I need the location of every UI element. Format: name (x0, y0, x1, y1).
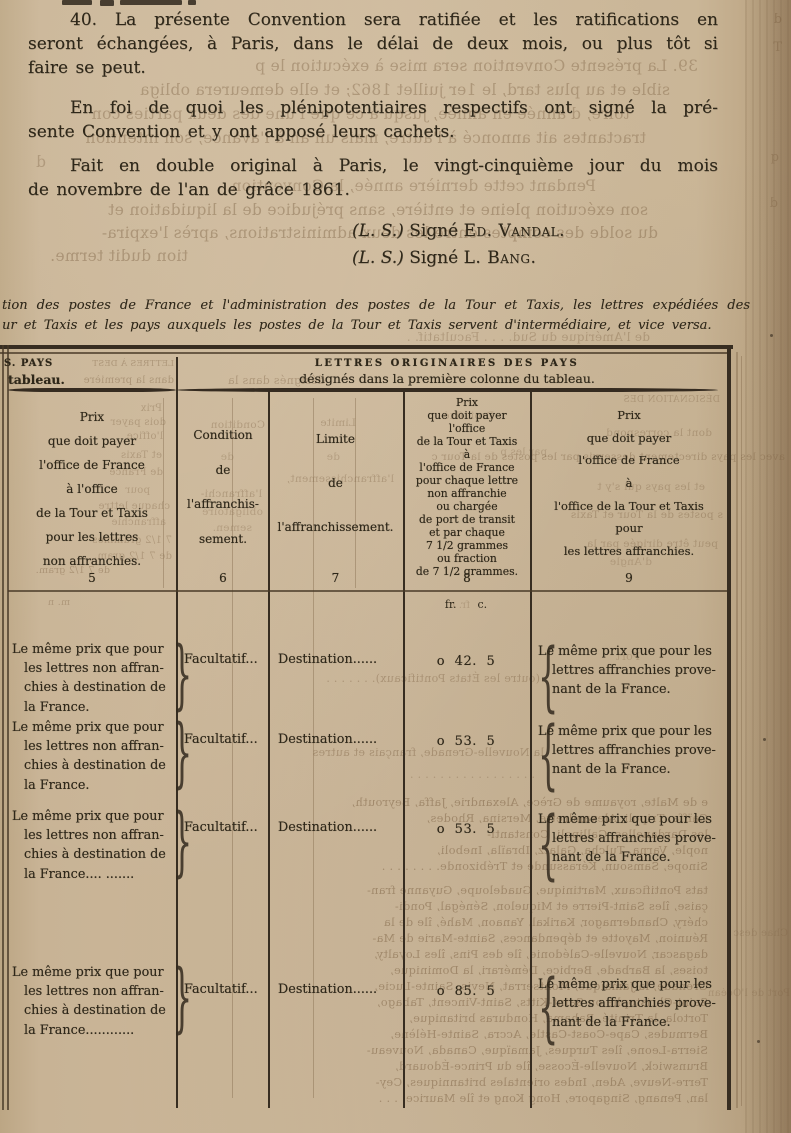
corner-cell-line-2: tableau. (8, 372, 178, 387)
cell-limit: Destination...... (278, 652, 377, 667)
seal-label: (L. S.) (352, 221, 404, 241)
bleedthrough-text: Limite (296, 417, 356, 429)
column-number-7: 7 (270, 571, 401, 585)
cell-line: lettres affranchies prove- (538, 829, 720, 848)
swelled-rule (8, 388, 176, 392)
cell-price-left: Le même prix que pour les lettres non af… (12, 718, 170, 795)
cell-limit: Destination...... (278, 982, 377, 997)
text-line: En foi de quoi les plénipotentiaires res… (28, 96, 718, 120)
header-line: que doit payer (534, 431, 724, 445)
span-header-subtitle: désignés dans la première colonne du tab… (176, 371, 718, 386)
signature-name: Ed. Vandal. (464, 221, 565, 241)
cell-line: Le même prix que pour les (538, 722, 720, 741)
currency-unit-label: fr. c. (406, 598, 526, 611)
bleedthrough-text: son exécution pleine et entière, sans pr… (28, 201, 648, 219)
ink-dot (770, 334, 773, 337)
header-line: ou chargée (406, 500, 528, 513)
cell-line: Le même prix que pour (12, 963, 170, 982)
cell-condition: Facultatif... (184, 982, 258, 997)
cell-price-right: Le même prix que pour les lettres affran… (538, 642, 720, 700)
bleedthrough-text: tion dudit terme. (28, 247, 188, 265)
column-header-8: Prix que doit payer l'office de la Tour … (406, 396, 528, 566)
header-line: l'affranchis- (180, 497, 266, 511)
signature-name: L. Bang. (464, 248, 537, 268)
scan-artifact (62, 0, 92, 5)
cell-condition: Facultatif... (184, 820, 258, 835)
cell-line: Le même prix que pour (12, 718, 170, 737)
bleedthrough-text: Terre-Neuve, Aden, Indes orientales brit… (408, 1076, 708, 1089)
cell-price-left: Le même prix que pour les lettres non af… (12, 963, 170, 1040)
bleedthrough-text: q (767, 150, 779, 165)
cell-limit: Destination...... (278, 732, 377, 747)
cell-line: Le même prix que pour (12, 640, 170, 659)
text-line: seront échangées, à Paris, dans le délai… (28, 32, 718, 56)
column-number-5: 5 (10, 571, 174, 585)
column-header-6: Condition de l'affranchis- sement. (180, 428, 266, 546)
column-header-7: Limite de l'affranchissement. (270, 432, 401, 534)
bleedthrough-text: . . . . . . . . . . . . . . . . . . (245, 768, 535, 781)
header-line: l'office de France (10, 458, 174, 472)
ink-dot (763, 738, 766, 741)
signe-word: Signé (409, 248, 458, 268)
caption-line-2: ur et Taxis et les pays auxquels les pos… (2, 316, 750, 336)
swelled-rule (176, 388, 718, 392)
seal-label: (L. S.) (352, 248, 404, 268)
bleedthrough-text: çaise, îles Saint-Pierre et Miquelon, Sé… (408, 900, 708, 913)
header-line: à l'office (10, 482, 174, 496)
column-header-5: Prix que doit payer l'office de France à… (10, 410, 174, 568)
header-line: 7 1/2 grammes (406, 539, 528, 552)
header-line: pour les lettres (10, 530, 174, 544)
cell-price: o 53. 5 (406, 734, 526, 749)
cell-line: Le même prix que pour les (538, 642, 720, 661)
divider-col8-col9 (530, 390, 532, 1108)
column-number-9: 9 (534, 571, 724, 585)
cell-line: Le même prix que pour (12, 807, 170, 826)
cell-line: les lettres non affran- (12, 737, 170, 756)
bleedthrough-text: (outre les États Pontificaux). . . . . .… (228, 672, 540, 685)
divider-col7-col8 (403, 390, 405, 1108)
paragraph-fait-a-paris: Fait en double original à Paris, le ving… (28, 154, 718, 202)
table-caption: tion des postes de France et l'administr… (2, 296, 750, 336)
signature-block: (L. S.) Signé Ed. Vandal. (L. S.) Signé … (352, 218, 565, 272)
header-line: les lettres affranchies. (534, 544, 724, 558)
brace-icon: } (172, 959, 192, 1035)
bleedthrough-text: chéry, Chandernagor, Karikal, Yanaon, Ma… (408, 916, 708, 929)
cell-line: la France............ (12, 1021, 170, 1040)
cell-price-right: Le même prix que pour les lettres affran… (538, 975, 720, 1033)
cell-line: les lettres non affran- (12, 982, 170, 1001)
cell-line: la France. (12, 776, 170, 795)
header-line: l'office de France (534, 453, 724, 467)
header-line: et par chaque (406, 526, 528, 539)
cell-line: lettres affranchies prove- (538, 661, 720, 680)
bleedthrough-text: Brunswick, Nouvelle-Écosse, île du Princ… (408, 1060, 708, 1073)
bleedthrough-text: d (768, 12, 782, 27)
cell-line: lettres affranchies prove- (538, 741, 720, 760)
header-line: l'affranchissement. (270, 520, 401, 534)
header-line: Limite (270, 432, 401, 446)
cell-line: chies à destination de (12, 1001, 170, 1020)
header-line: de port de transit (406, 513, 528, 526)
text-line: de novembre de l'an de grâce 1861. (28, 178, 718, 202)
cell-line: les lettres non affran- (12, 659, 170, 678)
bleedthrough-text: Réunion, Mayotte et dépendances, Sainte-… (408, 932, 708, 945)
cell-price-right: Le même prix que pour les lettres affran… (538, 810, 720, 868)
brace-icon: } (172, 803, 192, 879)
cell-line: la France. (12, 698, 170, 717)
scan-artifact (120, 0, 182, 5)
text-line: sente Convention et y ont apposé leurs c… (28, 120, 718, 144)
paragraph-article-40: 40. La présente Convention sera ratifiée… (28, 8, 718, 80)
cell-line: lettres affranchies prove- (538, 994, 720, 1013)
header-line: Prix (534, 408, 724, 422)
cell-price: o 42. 5 (406, 654, 526, 669)
header-line: à (406, 448, 528, 461)
corner-cell-line-1: S. PAYS (4, 358, 174, 369)
header-line: non affranchies. (10, 554, 174, 568)
header-line: de la Tour et Taxis (10, 506, 174, 520)
cell-line: chies à destination de (12, 756, 170, 775)
signature-line: (L. S.) Signé Ed. Vandal. (352, 218, 565, 245)
table-border-right-outer2 (741, 356, 742, 1106)
cell-price-right: Le même prix que pour les lettres affran… (538, 722, 720, 780)
column-number-6: 6 (180, 571, 266, 585)
header-line: de (270, 476, 401, 490)
bleedthrough-text: lan, Penang, Singapore, Hong Kong et île… (408, 1092, 708, 1105)
page-edge-shading (745, 0, 791, 1133)
paragraph-en-foi: En foi de quoi les plénipotentiaires res… (28, 96, 718, 144)
table-border-top (0, 345, 733, 349)
header-line: pour (534, 521, 724, 535)
header-line: sement. (180, 532, 266, 546)
header-line: que doit payer (10, 434, 174, 448)
header-line: de la Tour et Taxis (406, 435, 528, 448)
cell-price-left: Le même prix que pour les lettres non af… (12, 640, 170, 717)
cell-condition: Facultatif... (184, 732, 258, 747)
bleedthrough-text: DÉSIGNATION DES (560, 395, 720, 405)
cell-limit: Destination...... (278, 820, 377, 835)
table-border-left (2, 345, 4, 1110)
header-underline (8, 590, 727, 592)
text-line: faire se peut. (28, 56, 718, 80)
header-line: non affranchie (406, 487, 528, 500)
header-line: l'office de France (406, 461, 528, 474)
header-line: Prix (10, 410, 174, 424)
header-line: à (534, 476, 724, 490)
cell-price: o 85. 5 (406, 984, 526, 999)
cell-price: o 53. 5 (406, 822, 526, 837)
text-line: 40. La présente Convention sera ratifiée… (28, 8, 718, 32)
cell-line: chies à destination de (12, 678, 170, 697)
brace-icon: } (172, 636, 192, 712)
header-line: que doit payer (406, 409, 528, 422)
ink-dot (757, 1040, 760, 1043)
bleedthrough-text: dagascar, Nouvelle-Calédonie, île des Pi… (408, 948, 708, 961)
cell-line: Le même prix que pour les (538, 975, 720, 994)
cell-line: la France.... ....... (12, 865, 170, 884)
cell-line: nant de la France. (538, 848, 720, 867)
header-line: l'office (406, 422, 528, 435)
column-number-8: 8 (406, 571, 528, 585)
cell-condition: Facultatif... (184, 652, 258, 667)
table-border-top-inner (0, 352, 730, 354)
bleedthrough-text: m. n (30, 597, 70, 608)
signe-word: Signé (409, 221, 458, 241)
cell-line: nant de la France. (538, 1013, 720, 1032)
cell-line: Le même prix que pour les (538, 810, 720, 829)
bleedthrough-text: d (766, 196, 778, 211)
bleedthrough-text: T (770, 40, 782, 55)
cell-line: nant de la France. (538, 680, 720, 699)
span-header-title: LETTRES ORIGINAIRES DES PAYS (176, 358, 718, 369)
header-line: Condition (180, 428, 266, 442)
table-border-right-outer (736, 352, 738, 1108)
brace-icon: } (172, 714, 192, 790)
header-line: de (180, 463, 266, 477)
cell-line: les lettres non affran- (12, 826, 170, 845)
header-line: l'office de la Tour et Taxis (534, 499, 724, 513)
caption-line-1: tion des postes de France et l'administr… (2, 296, 750, 316)
scan-artifact (188, 0, 196, 5)
column-header-9: Prix que doit payer l'office de France à… (534, 408, 724, 558)
text-line: Fait en double original à Paris, le ving… (28, 154, 718, 178)
cell-price-left: Le même prix que pour les lettres non af… (12, 807, 170, 884)
scan-artifact (100, 0, 114, 6)
table-border-left-inner (7, 345, 9, 1110)
signature-line: (L. S.) Signé L. Bang. (352, 245, 565, 272)
cell-line: chies à destination de (12, 845, 170, 864)
scanned-document-page: 39. La présente Convention sera mise à e… (0, 0, 791, 1133)
table-border-right (727, 347, 731, 1110)
header-line: ou fraction (406, 552, 528, 565)
cell-line: nant de la France. (538, 760, 720, 779)
header-line: Prix (406, 396, 528, 409)
header-line: pour chaque lettre (406, 474, 528, 487)
